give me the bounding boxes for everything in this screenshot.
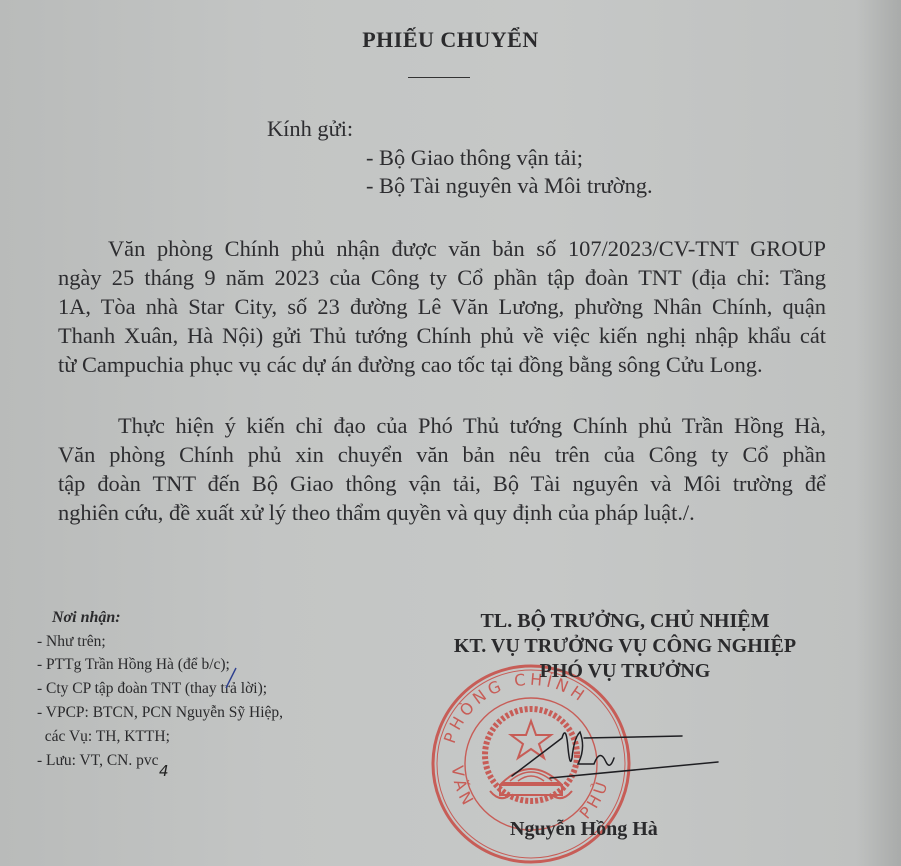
- paragraph-1-line: 1A, Tòa nhà Star City, số 23 đường Lê Vă…: [58, 294, 826, 320]
- paragraph-2-line: Văn phòng Chính phủ xin chuyển văn bản n…: [58, 442, 826, 468]
- recipient-item: các Vụ: TH, KTTH;: [37, 728, 170, 746]
- handwritten-note: 4: [159, 762, 169, 780]
- addressee-2: - Bộ Tài nguyên và Môi trường.: [366, 173, 653, 199]
- svg-text:VĂN: VĂN: [448, 765, 479, 812]
- pen-tick-mark-icon: [225, 667, 237, 689]
- paragraph-2-line: tập đoàn TNT đến Bộ Giao thông vận tải, …: [58, 471, 826, 497]
- paragraph-2-line: Thực hiện ý kiến chỉ đạo của Phó Thủ tướ…: [118, 413, 826, 439]
- paragraph-2-line: nghiên cứu, đề xuất xử lý theo thẩm quyề…: [58, 500, 695, 526]
- recipient-item: - Lưu: VT, CN. pvc: [37, 752, 158, 770]
- signature-line-2: KT. VỤ TRƯỞNG VỤ CÔNG NGHIỆP: [400, 635, 850, 658]
- recipient-item: - VPCP: BTCN, PCN Nguyễn Sỹ Hiệp,: [37, 704, 283, 722]
- document-title: PHIẾU CHUYỂN: [0, 27, 901, 53]
- document-page: PHIẾU CHUYỂN Kính gửi: - Bộ Giao thông v…: [0, 0, 901, 866]
- title-divider: [408, 77, 470, 78]
- signer-name: Nguyễn Hồng Hà: [510, 818, 658, 841]
- paragraph-1-line: Văn phòng Chính phủ nhận được văn bản số…: [108, 236, 826, 262]
- signature-line-3: PHÓ VỤ TRƯỞNG: [400, 660, 850, 683]
- recipient-item: - Như trên;: [37, 633, 106, 651]
- paragraph-1-line: ngày 25 tháng 9 năm 2023 của Công ty Cổ …: [58, 265, 826, 291]
- handwritten-signature-icon: [510, 718, 720, 788]
- paragraph-1-line: Thanh Xuân, Hà Nội) gửi Thủ tướng Chính …: [58, 323, 826, 349]
- addressee-1: - Bộ Giao thông vận tải;: [366, 145, 583, 171]
- signature-line-1: TL. BỘ TRƯỞNG, CHỦ NHIỆM: [400, 610, 850, 633]
- recipients-heading: Nơi nhận:: [52, 609, 121, 627]
- recipient-item: - PTTg Trần Hồng Hà (để b/c);: [37, 656, 230, 674]
- salutation: Kính gửi:: [267, 116, 353, 142]
- paragraph-1-line: từ Campuchia phục vụ các dự án đường cao…: [58, 352, 763, 378]
